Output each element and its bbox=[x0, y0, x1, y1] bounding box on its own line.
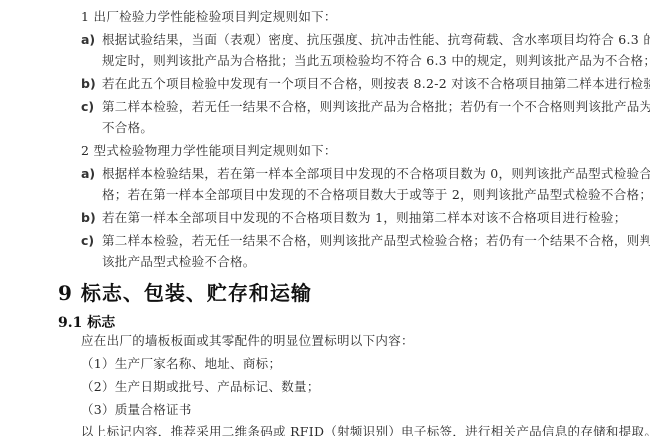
rule1-title: 1 出厂检验力学性能检验项目判定规则如下： bbox=[81, 9, 337, 25]
rule1-a-label: a) bbox=[81, 32, 95, 48]
rule2-a-label: a) bbox=[81, 166, 95, 182]
rule2-b-label: b) bbox=[81, 210, 96, 226]
section-9-heading: 9 标志、包装、贮存和运输 bbox=[58, 277, 312, 306]
marking-closing: 以上标记内容，推荐采用二维条码或 RFID（射频识别）电子标签，进行相关产品信息… bbox=[81, 424, 650, 436]
rule1-c-label: c) bbox=[81, 99, 94, 115]
marking-item-1: （1）生产厂家名称、地址、商标； bbox=[81, 356, 281, 372]
rule1-b-label: b) bbox=[81, 76, 96, 92]
rule1-c-line1: 第二样本检验，若无任一结果不合格，则判该批产品为合格批；若仍有一个不合格则判该批… bbox=[102, 99, 650, 115]
rule2-b-line1: 若在第一样本全部项目中发现的不合格项目数为 1，则抽第二样本对该不合格项目进行检… bbox=[102, 210, 627, 226]
rule2-title: 2 型式检验物理力学性能项目判定规则如下： bbox=[81, 143, 337, 159]
marking-item-2: （2）生产日期或批号、产品标记、数量； bbox=[81, 379, 320, 395]
marking-intro: 应在出厂的墙板板面或其零配件的明显位置标明以下内容： bbox=[81, 333, 414, 349]
rule1-b-line1: 若在此五个项目检验中发现有一个项目不合格，则按表 8.2-2 对该不合格项目抽第… bbox=[102, 76, 650, 92]
rule1-a-line1: 根据试验结果，当面（表观）密度、抗压强度、抗冲击性能、抗弯荷载、含水率项目均符合… bbox=[102, 32, 650, 48]
marking-item-3: （3）质量合格证书 bbox=[81, 402, 192, 418]
rule2-a-line1: 根据样本检验结果，若在第一样本全部项目中发现的不合格项目数为 0，则判该批产品型… bbox=[102, 166, 650, 182]
rule2-c-line1: 第二样本检验，若无任一结果不合格，则判该批产品型式检验合格；若仍有一个结果不合格… bbox=[102, 233, 650, 249]
rule2-c-line2: 该批产品型式检验不合格。 bbox=[102, 254, 256, 270]
rule2-c-label: c) bbox=[81, 233, 94, 249]
rule1-c-line2: 不合格。 bbox=[102, 120, 153, 136]
rule2-a-line2: 格；若在第一样本全部项目中发现的不合格项目数大于或等于 2，则判该批产品型式检验… bbox=[102, 187, 650, 203]
rule1-a-line2: 规定时，则判该批产品为合格批；当此五项检验均不符合 6.3 中的规定，则判该批产… bbox=[102, 53, 650, 69]
section-9-1-heading: 9.1 标志 bbox=[58, 312, 115, 332]
